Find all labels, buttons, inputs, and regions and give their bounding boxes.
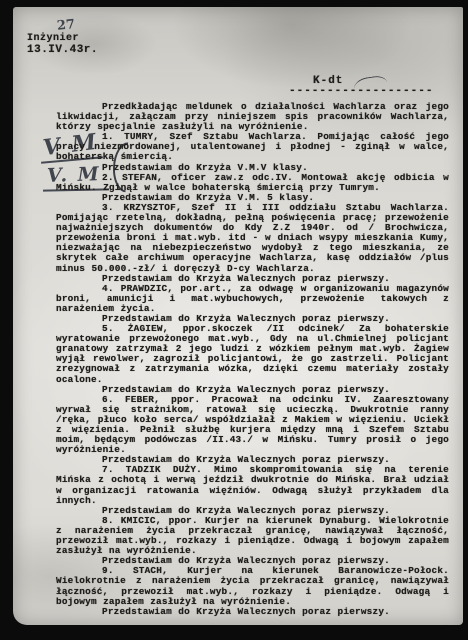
report-body: Przedkładając meldunek o działalności Wa… xyxy=(56,102,449,617)
entry-description: 1. TUMRY, Szef Sztabu Wachlarza. Pomijaj… xyxy=(56,132,449,162)
document-page: 27 Inżynier 13.IV.43r. K-dt ------------… xyxy=(13,7,463,625)
list-item: 7. TADZIK DUŻY. Mimo skompromitowania si… xyxy=(56,465,449,515)
list-item: 5. ŻAGIEW, ppor.skoczek /II odcinek/ Za … xyxy=(56,324,449,395)
list-item: 6. FEBER, ppor. Pracował na odcinku IV. … xyxy=(56,395,449,466)
list-item: 3. KRZYSZTOF, Szef II i III oddziału Szt… xyxy=(56,203,449,284)
handwritten-page-number: 27 xyxy=(56,17,76,34)
list-item: 1. TUMRY, Szef Sztabu Wachlarza. Pomijaj… xyxy=(56,132,449,172)
entry-description: 3. KRZYSZTOF, Szef II i III oddziału Szt… xyxy=(56,203,449,274)
scanned-document-frame: 27 Inżynier 13.IV.43r. K-dt ------------… xyxy=(0,0,468,640)
document-date: 13.IV.43r. xyxy=(27,44,98,56)
sender-line: Inżynier xyxy=(27,33,79,44)
entry-award: Przedstawiam do Krzyża Walecznych poraz … xyxy=(56,607,449,617)
list-item: 4. PRAWDZIC, por.art., za odwagę w organ… xyxy=(56,284,449,324)
entry-description: 8. KMICIC, ppor. Kurjer na kierunek Dyna… xyxy=(56,516,449,556)
entry-description: 4. PRAWDZIC, por.art., za odwagę w organ… xyxy=(56,284,449,314)
intro-paragraph: Przedkładając meldunek o działalności Wa… xyxy=(56,102,449,132)
list-item: 2. STEFAN, oficer zaw.z odc.IV. Montował… xyxy=(56,173,449,203)
list-item: 8. KMICIC, ppor. Kurjer na kierunek Dyna… xyxy=(56,516,449,566)
entry-description: 7. TADZIK DUŻY. Mimo skompromitowania si… xyxy=(56,465,449,505)
entry-description: 6. FEBER, ppor. Pracował na odcinku IV. … xyxy=(56,395,449,456)
entry-description: 9. STACH, Kurjer na kierunek Baranowicze… xyxy=(56,566,449,606)
list-item: 9. STACH, Kurjer na kierunek Baranowicze… xyxy=(56,566,449,616)
entry-description: 2. STEFAN, oficer zaw.z odc.IV. Montował… xyxy=(56,173,449,193)
entry-description: 5. ŻAGIEW, ppor.skoczek /II odcinek/ Za … xyxy=(56,324,449,385)
